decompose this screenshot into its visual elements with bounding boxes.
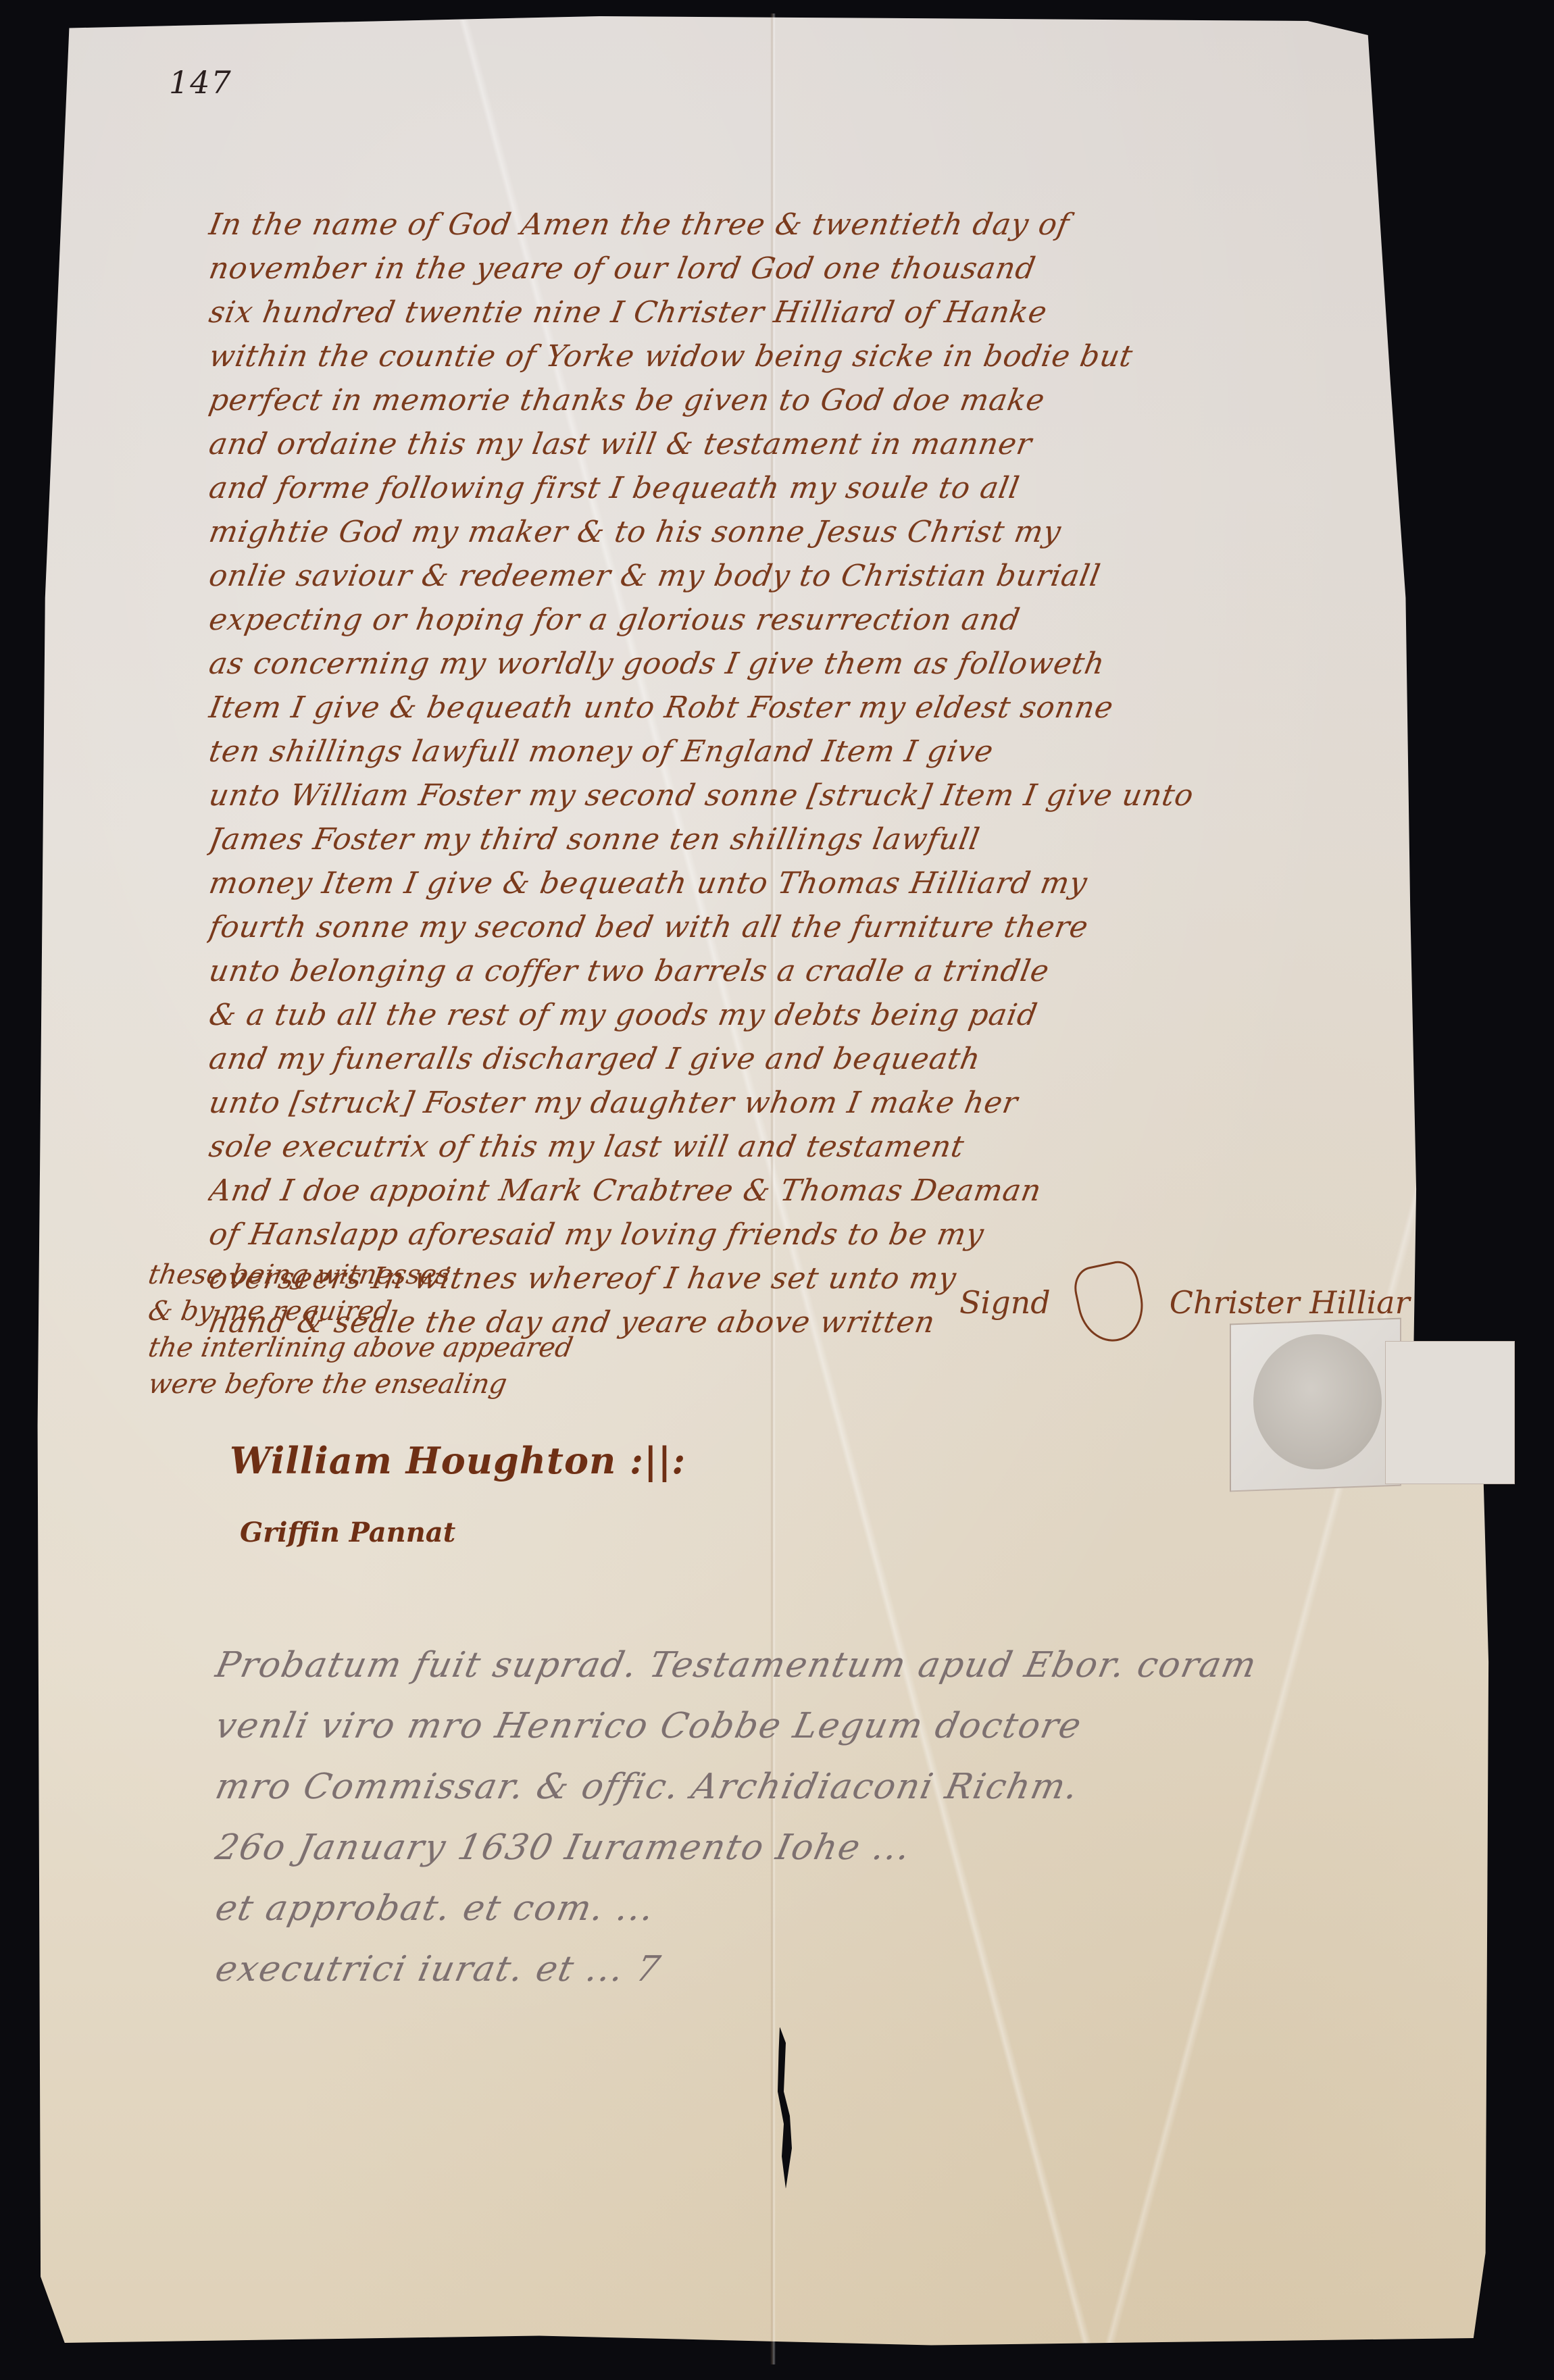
probate-line: Probatum fuit suprad. Testamentum apud E… bbox=[209, 1635, 1506, 1696]
will-line: & a tub all the rest of my goods my debt… bbox=[205, 993, 1497, 1037]
will-line: ten shillings lawfull money of England I… bbox=[205, 730, 1497, 774]
will-line: november in the yeare of our lord God on… bbox=[205, 247, 1497, 290]
witness-signature-2: Griffin Pannat bbox=[240, 1517, 455, 1548]
probate-line: executrici iurat. et ... 7 bbox=[209, 1939, 1506, 2000]
will-line: In the name of God Amen the three & twen… bbox=[205, 203, 1497, 247]
witness-note-line: these being witnesses bbox=[145, 1257, 895, 1293]
probate-line: 26o January 1630 Iuramento Iohe ... bbox=[209, 1817, 1506, 1878]
probate-clause: Probatum fuit suprad. Testamentum apud E… bbox=[216, 1635, 1500, 2000]
will-line: onlie saviour & redeemer & my body to Ch… bbox=[205, 554, 1497, 598]
wax-seal-icon bbox=[1253, 1334, 1382, 1469]
probate-line: et approbat. et com. ... bbox=[209, 1878, 1506, 1939]
will-line: mightie God my maker & to his sonne Jesu… bbox=[205, 510, 1497, 554]
will-line: and my funeralls discharged I give and b… bbox=[205, 1037, 1497, 1081]
will-line: six hundred twentie nine I Christer Hill… bbox=[205, 290, 1497, 334]
will-line: money Item I give & bequeath unto Thomas… bbox=[205, 861, 1497, 905]
folio-number: 147 bbox=[169, 64, 232, 101]
probate-line: venli viro mro Henrico Cobbe Legum docto… bbox=[209, 1696, 1506, 1756]
witness-attestation-note: these being witnesses & by me required t… bbox=[149, 1257, 892, 1402]
will-line: fourth sonne my second bed with all the … bbox=[205, 905, 1497, 949]
witness-signature-1: William Houghton :||: bbox=[230, 1439, 686, 1482]
will-line: unto [struck] Foster my daughter whom I … bbox=[205, 1081, 1497, 1125]
will-line: unto belonging a coffer two barrels a cr… bbox=[205, 949, 1497, 993]
will-line: James Foster my third sonne ten shilling… bbox=[205, 817, 1497, 861]
testator-mark-icon bbox=[1070, 1257, 1150, 1347]
will-line: And I doe appoint Mark Crabtree & Thomas… bbox=[205, 1169, 1497, 1213]
will-line: perfect in memorie thanks be given to Go… bbox=[205, 378, 1497, 422]
will-line: expecting or hoping for a glorious resur… bbox=[205, 598, 1497, 642]
will-line: unto William Foster my second sonne [str… bbox=[205, 774, 1497, 817]
probate-line: mro Commissar. & offic. Archidiaconi Ric… bbox=[209, 1756, 1506, 1817]
will-line: of Hanslapp aforesaid my loving friends … bbox=[205, 1213, 1497, 1257]
will-line: and forme following first I bequeath my … bbox=[205, 466, 1497, 510]
signed-label: Signd bbox=[959, 1284, 1051, 1321]
testator-name: Christer Hilliar bbox=[1170, 1284, 1410, 1321]
will-line: within the countie of Yorke widow being … bbox=[205, 334, 1497, 378]
will-body: In the name of God Amen the three & twen… bbox=[209, 203, 1493, 1344]
will-line: Item I give & bequeath unto Robt Foster … bbox=[205, 686, 1497, 730]
seal-tab-extension bbox=[1385, 1341, 1515, 1484]
witness-note-line: were before the ensealing bbox=[145, 1366, 895, 1402]
will-line: as concerning my worldly goods I give th… bbox=[205, 642, 1497, 686]
witness-note-line: & by me required bbox=[145, 1293, 895, 1330]
will-line: and ordaine this my last will & testamen… bbox=[205, 422, 1497, 466]
witness-note-line: the interlining above appeared bbox=[145, 1330, 895, 1366]
will-line: sole executrix of this my last will and … bbox=[205, 1125, 1497, 1169]
